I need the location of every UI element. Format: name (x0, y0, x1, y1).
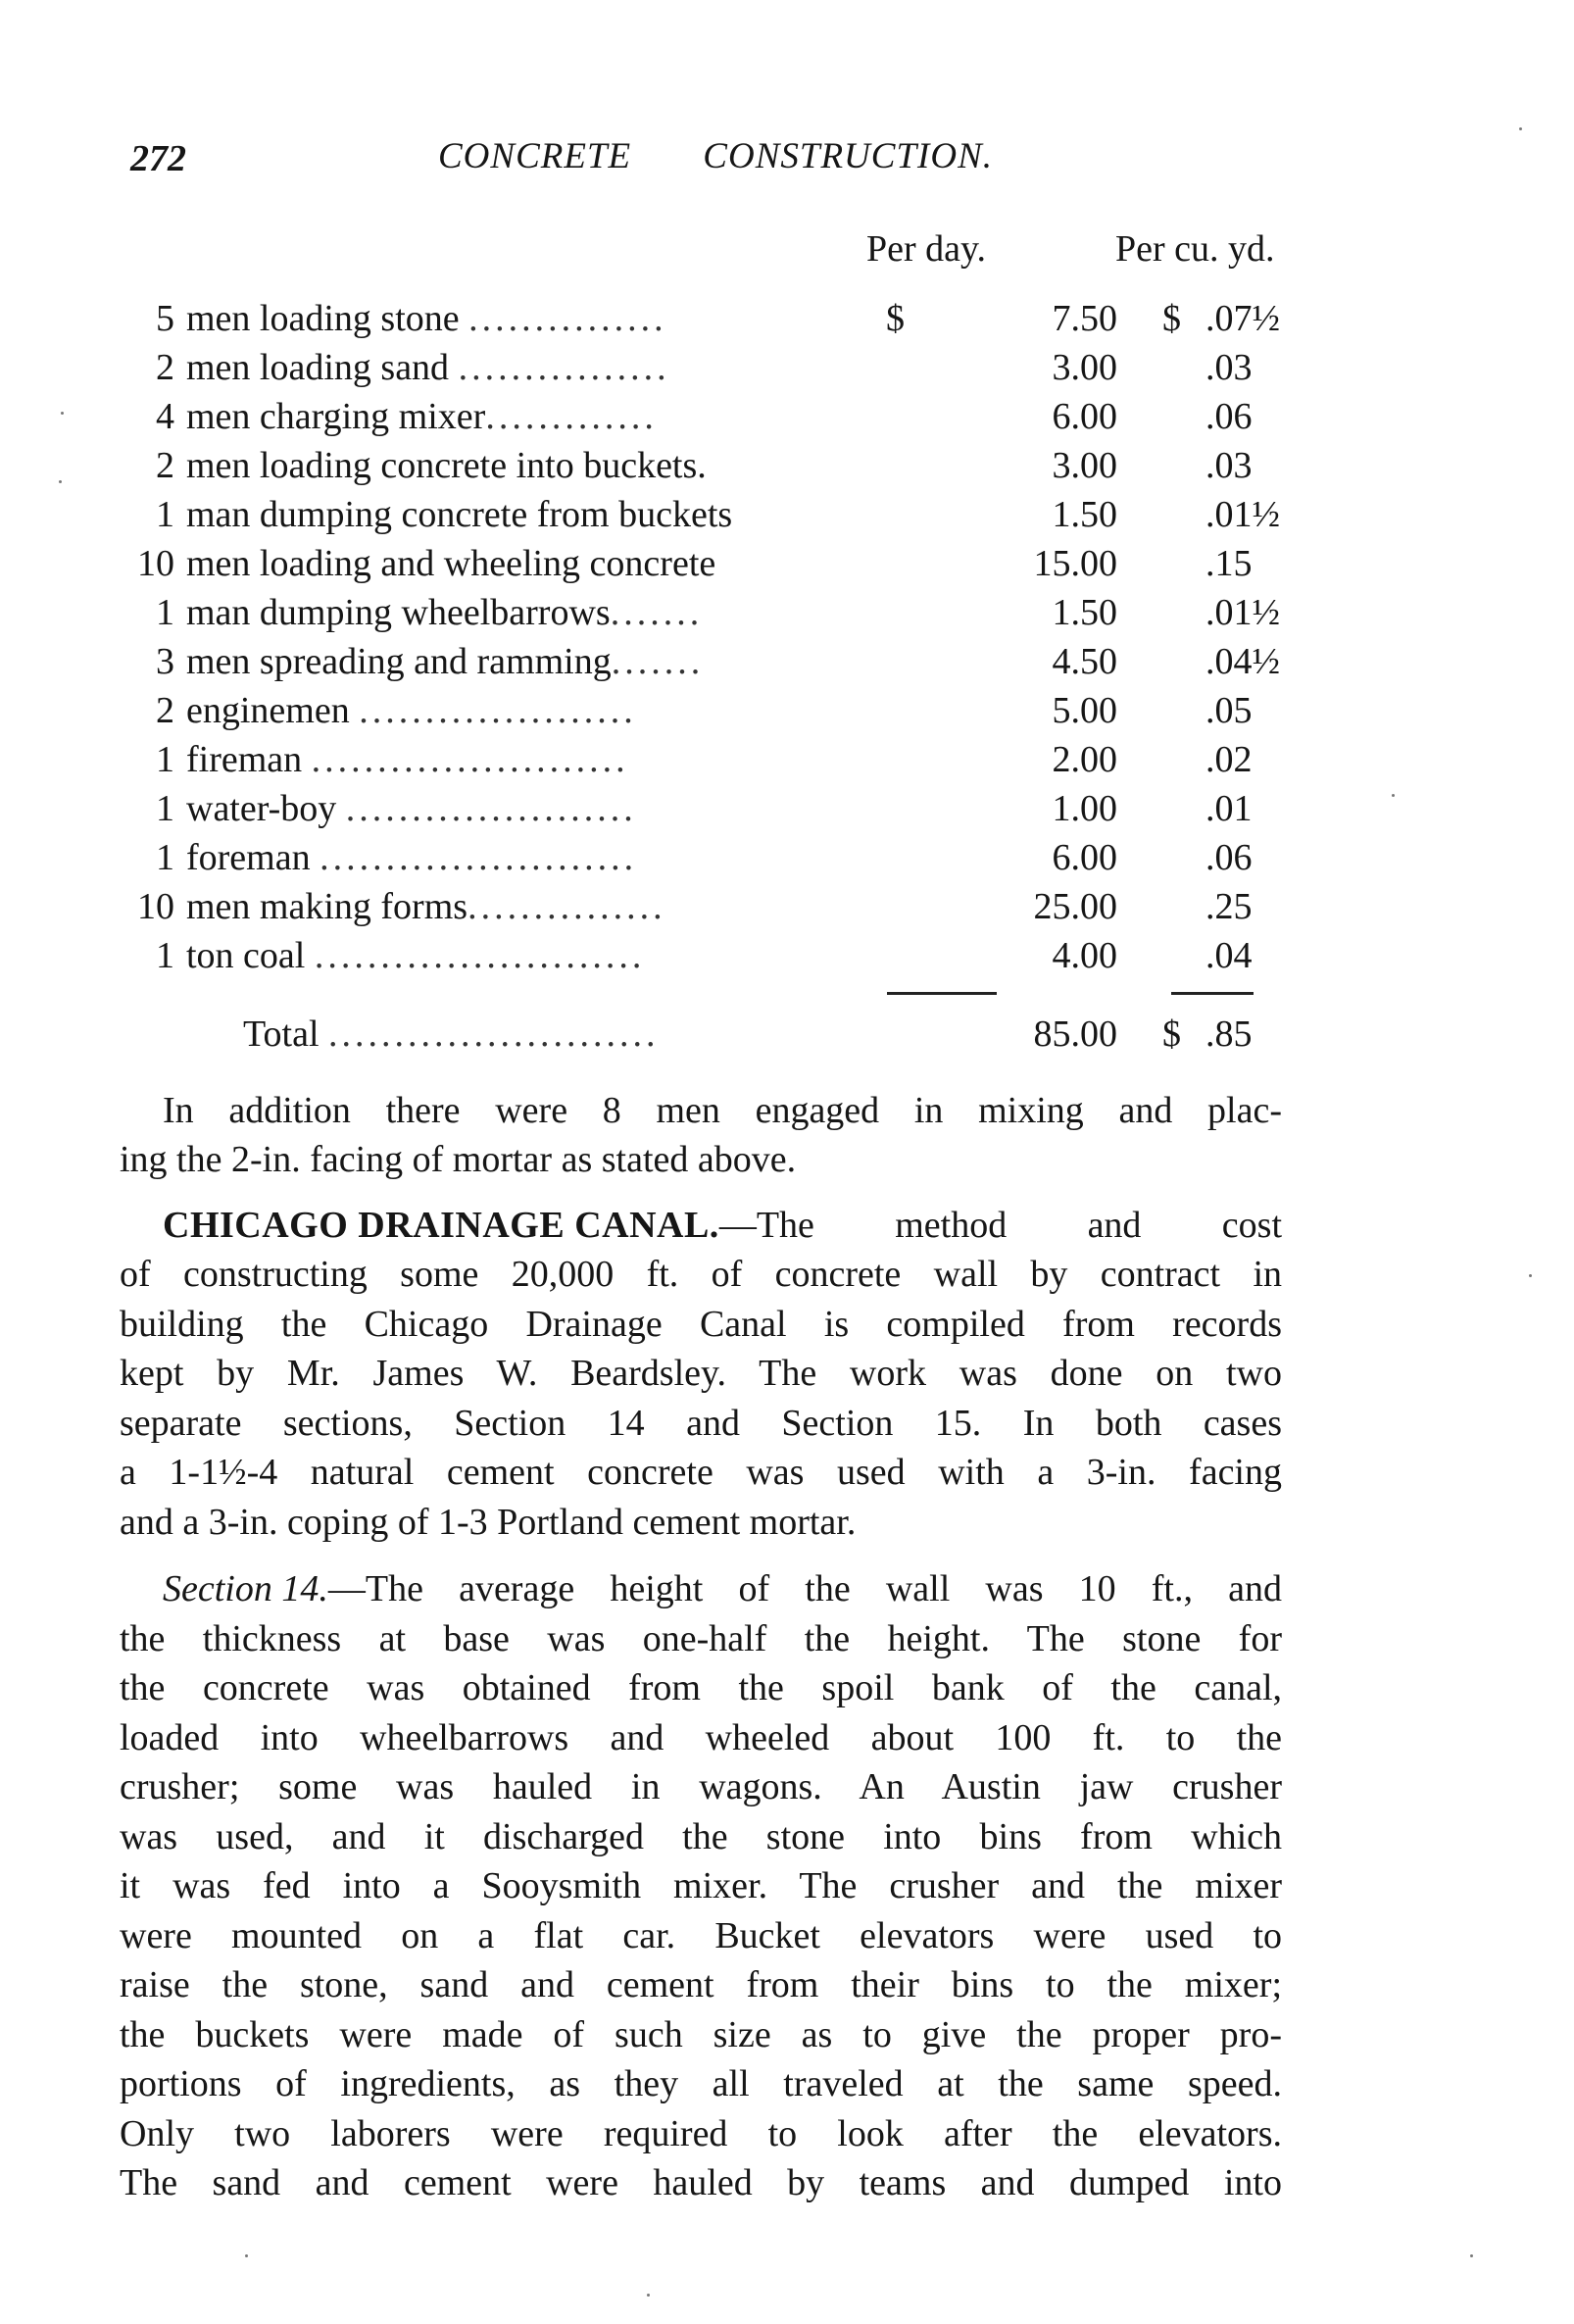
row-description-text: men loading and wheeling concrete (186, 543, 715, 584)
table-row: 1 fireman ........................ 2.00 … (118, 735, 1313, 784)
row-per-day: 4.00 (926, 931, 1117, 980)
dot-leader: ..................... (359, 690, 637, 731)
row-per-cu-yd: .15 (1205, 539, 1289, 588)
row-quantity: 1 (118, 931, 174, 980)
row-per-day: 3.00 (926, 343, 1117, 392)
row-per-day: 1.50 (926, 490, 1117, 539)
text-line: the concrete was obtained from the spoil… (120, 1663, 1282, 1712)
row-per-cu-yd: .04 (1205, 931, 1289, 980)
row-per-cu-yd: .03 (1205, 343, 1289, 392)
text-line: separate sections, Section 14 and Sectio… (120, 1399, 1282, 1448)
table-row: 10 men loading and wheeling concrete 15.… (118, 539, 1313, 588)
dot-leader: ............... (467, 886, 666, 927)
row-description: water-boy ...................... (186, 784, 985, 833)
row-description: men spreading and ramming....... (186, 637, 985, 686)
row-per-day: 2.00 (926, 735, 1117, 784)
row-per-day: 6.00 (926, 392, 1117, 441)
row-description: enginemen ..................... (186, 686, 985, 735)
row-description: ton coal ......................... (186, 931, 985, 980)
row-per-cu-yd: .01½ (1205, 588, 1289, 637)
text-line: and a 3-in. coping of 1-3 Portland cemen… (120, 1498, 1282, 1547)
text-line: portions of ingredients, as they all tra… (120, 2059, 1282, 2108)
table-row: 1 foreman ........................ 6.00 … (118, 833, 1313, 882)
row-description: man dumping concrete from buckets (186, 490, 985, 539)
dot-leader: ........................ (320, 837, 637, 878)
table-row: 1 ton coal ......................... 4.0… (118, 931, 1313, 980)
row-quantity: 1 (118, 735, 174, 784)
row-description-text: men spreading and ramming (186, 641, 612, 682)
section-heading: CHICAGO DRAINAGE CANAL. (163, 1201, 719, 1250)
row-per-day: 25.00 (926, 882, 1117, 931)
row-per-cu-yd: .04½ (1205, 637, 1289, 686)
row-description: men loading and wheeling concrete (186, 539, 985, 588)
row-description-text: enginemen (186, 690, 350, 731)
section-heading: Section 14. (163, 1564, 328, 1613)
row-per-day: 4.50 (926, 637, 1117, 686)
scan-speck (245, 2254, 248, 2257)
scan-speck (1529, 1274, 1532, 1277)
row-description-text: ton coal (186, 935, 305, 976)
text-line: it was fed into a Sooysmith mixer. The c… (120, 1861, 1282, 1910)
dot-leader: ....... (611, 592, 704, 633)
row-description-text: fireman (186, 739, 302, 780)
text-line: raise the stone, sand and cement from th… (120, 1960, 1282, 2009)
row-quantity: 10 (118, 539, 174, 588)
row-per-day: 5.00 (926, 686, 1117, 735)
table-row: 2 men loading concrete into buckets. 3.0… (118, 441, 1313, 490)
text-line: Only two laborers were required to look … (120, 2109, 1282, 2158)
text-line: were mounted on a flat car. Bucket eleva… (120, 1911, 1282, 1960)
dot-leader: ........................ (312, 739, 629, 780)
dot-leader: ................ (459, 347, 670, 388)
scan-speck (59, 480, 62, 483)
row-description: men loading concrete into buckets. (186, 441, 985, 490)
scan-speck (1470, 2254, 1473, 2257)
row-per-cu-yd: .06 (1205, 392, 1289, 441)
table-row: 1 water-boy ...................... 1.00 … (118, 784, 1313, 833)
running-head: CONCRETE CONSTRUCTION. (438, 135, 993, 177)
text-line: the thickness at base was one-half the h… (120, 1614, 1282, 1663)
row-per-day: 3.00 (926, 441, 1117, 490)
dot-leader: ......................... (315, 935, 646, 976)
total-row: Total ......................... 85.00 $ … (118, 1010, 1313, 1059)
text-line: of constructing some 20,000 ft. of concr… (120, 1250, 1282, 1299)
scan-speck (1519, 127, 1522, 130)
row-description-text: men loading stone (186, 298, 460, 339)
running-head-word: CONCRETE (438, 135, 631, 177)
text-line: The sand and cement were hauled by teams… (120, 2158, 1282, 2207)
row-per-cu-yd: .01½ (1205, 490, 1289, 539)
text-line: was used, and it discharged the stone in… (120, 1812, 1282, 1861)
dollar-sign: $ (1162, 294, 1181, 343)
row-description-text: men making forms (186, 886, 467, 927)
text-line: Section 14. —The average height of the w… (163, 1564, 1282, 1613)
total-per-cu-yd: .85 (1205, 1010, 1289, 1059)
row-per-day: 1.00 (926, 784, 1117, 833)
row-per-cu-yd: .03 (1205, 441, 1289, 490)
row-quantity: 10 (118, 882, 174, 931)
row-per-day: 15.00 (926, 539, 1117, 588)
table-row: 10 men making forms............... 25.00… (118, 882, 1313, 931)
table-row: 2 enginemen ..................... 5.00 .… (118, 686, 1313, 735)
total-label: Total ......................... (243, 1010, 988, 1059)
row-per-day: 6.00 (926, 833, 1117, 882)
row-description: foreman ........................ (186, 833, 985, 882)
table-row: 1 man dumping wheelbarrows....... 1.50 .… (118, 588, 1313, 637)
table-row: 5 men loading stone ............... $ 7.… (118, 294, 1313, 343)
row-per-cu-yd: .25 (1205, 882, 1289, 931)
row-description-text: man dumping concrete from buckets (186, 494, 732, 535)
dot-leader: ....... (612, 641, 705, 682)
table-row: 2 men loading sand ................ 3.00… (118, 343, 1313, 392)
text-fragment: —The average height of the wall was 10 f… (328, 1564, 1282, 1613)
row-description: fireman ........................ (186, 735, 985, 784)
row-description-text: men charging mixer (186, 396, 485, 437)
text-line: crusher; some was hauled in wagons. An A… (120, 1762, 1282, 1811)
row-per-cu-yd: .07½ (1205, 294, 1289, 343)
row-per-cu-yd: .05 (1205, 686, 1289, 735)
row-description-text: man dumping wheelbarrows (186, 592, 611, 633)
scan-speck (61, 412, 64, 415)
dot-leader: ......................... (328, 1014, 660, 1055)
sum-rule-per-day (887, 992, 997, 995)
row-quantity: 1 (118, 833, 174, 882)
scan-speck (1392, 794, 1395, 797)
text-fragment: —The method and cost (719, 1201, 1282, 1250)
row-per-day: 1.50 (926, 588, 1117, 637)
row-per-cu-yd: .01 (1205, 784, 1289, 833)
total-per-day: 85.00 (926, 1010, 1117, 1059)
dot-leader: ............. (485, 396, 658, 437)
dollar-sign: $ (1162, 1010, 1181, 1059)
text-line: In addition there were 8 men engaged in … (163, 1086, 1282, 1135)
row-description: men loading sand ................ (186, 343, 985, 392)
row-per-cu-yd: .06 (1205, 833, 1289, 882)
row-description: men making forms............... (186, 882, 985, 931)
row-quantity: 2 (118, 343, 174, 392)
text-line: ing the 2-in. facing of mortar as stated… (120, 1135, 1282, 1184)
running-head-word: CONSTRUCTION. (703, 135, 993, 177)
dot-leader: ............... (468, 298, 667, 339)
row-quantity: 1 (118, 588, 174, 637)
column-header-per-cu-yd: Per cu. yd. (1115, 227, 1275, 271)
row-quantity: 1 (118, 490, 174, 539)
text-line: loaded into wheelbarrows and wheeled abo… (120, 1713, 1282, 1762)
row-description: men loading stone ............... (186, 294, 985, 343)
dollar-sign: $ (886, 294, 905, 343)
text-line: a 1-1½-4 natural cement concrete was use… (120, 1448, 1282, 1497)
row-per-cu-yd: .02 (1205, 735, 1289, 784)
row-quantity: 5 (118, 294, 174, 343)
dot-leader: ...................... (346, 788, 637, 829)
text-line: building the Chicago Drainage Canal is c… (120, 1300, 1282, 1349)
row-quantity: 2 (118, 441, 174, 490)
scan-speck (647, 2294, 650, 2297)
text-line: kept by Mr. James W. Beardsley. The work… (120, 1349, 1282, 1398)
row-description-text: foreman (186, 837, 311, 878)
table-row: 4 men charging mixer............. 6.00 .… (118, 392, 1313, 441)
row-description: men charging mixer............. (186, 392, 985, 441)
row-description-text: men loading concrete into buckets. (186, 445, 707, 486)
sum-rule-per-cu-yd (1171, 992, 1254, 995)
text-line: CHICAGO DRAINAGE CANAL. —The method and … (163, 1201, 1282, 1250)
row-description-text: men loading sand (186, 347, 449, 388)
row-description-text: water-boy (186, 788, 336, 829)
total-label-text: Total (243, 1014, 320, 1055)
row-quantity: 4 (118, 392, 174, 441)
row-quantity: 1 (118, 784, 174, 833)
row-per-day: 7.50 (926, 294, 1117, 343)
row-quantity: 3 (118, 637, 174, 686)
table-row: 3 men spreading and ramming....... 4.50 … (118, 637, 1313, 686)
page-number: 272 (130, 137, 186, 180)
row-quantity: 2 (118, 686, 174, 735)
text-line: the buckets were made of such size as to… (120, 2010, 1282, 2059)
column-header-per-day: Per day. (866, 227, 986, 271)
row-description: man dumping wheelbarrows....... (186, 588, 985, 637)
table-row: 1 man dumping concrete from buckets 1.50… (118, 490, 1313, 539)
